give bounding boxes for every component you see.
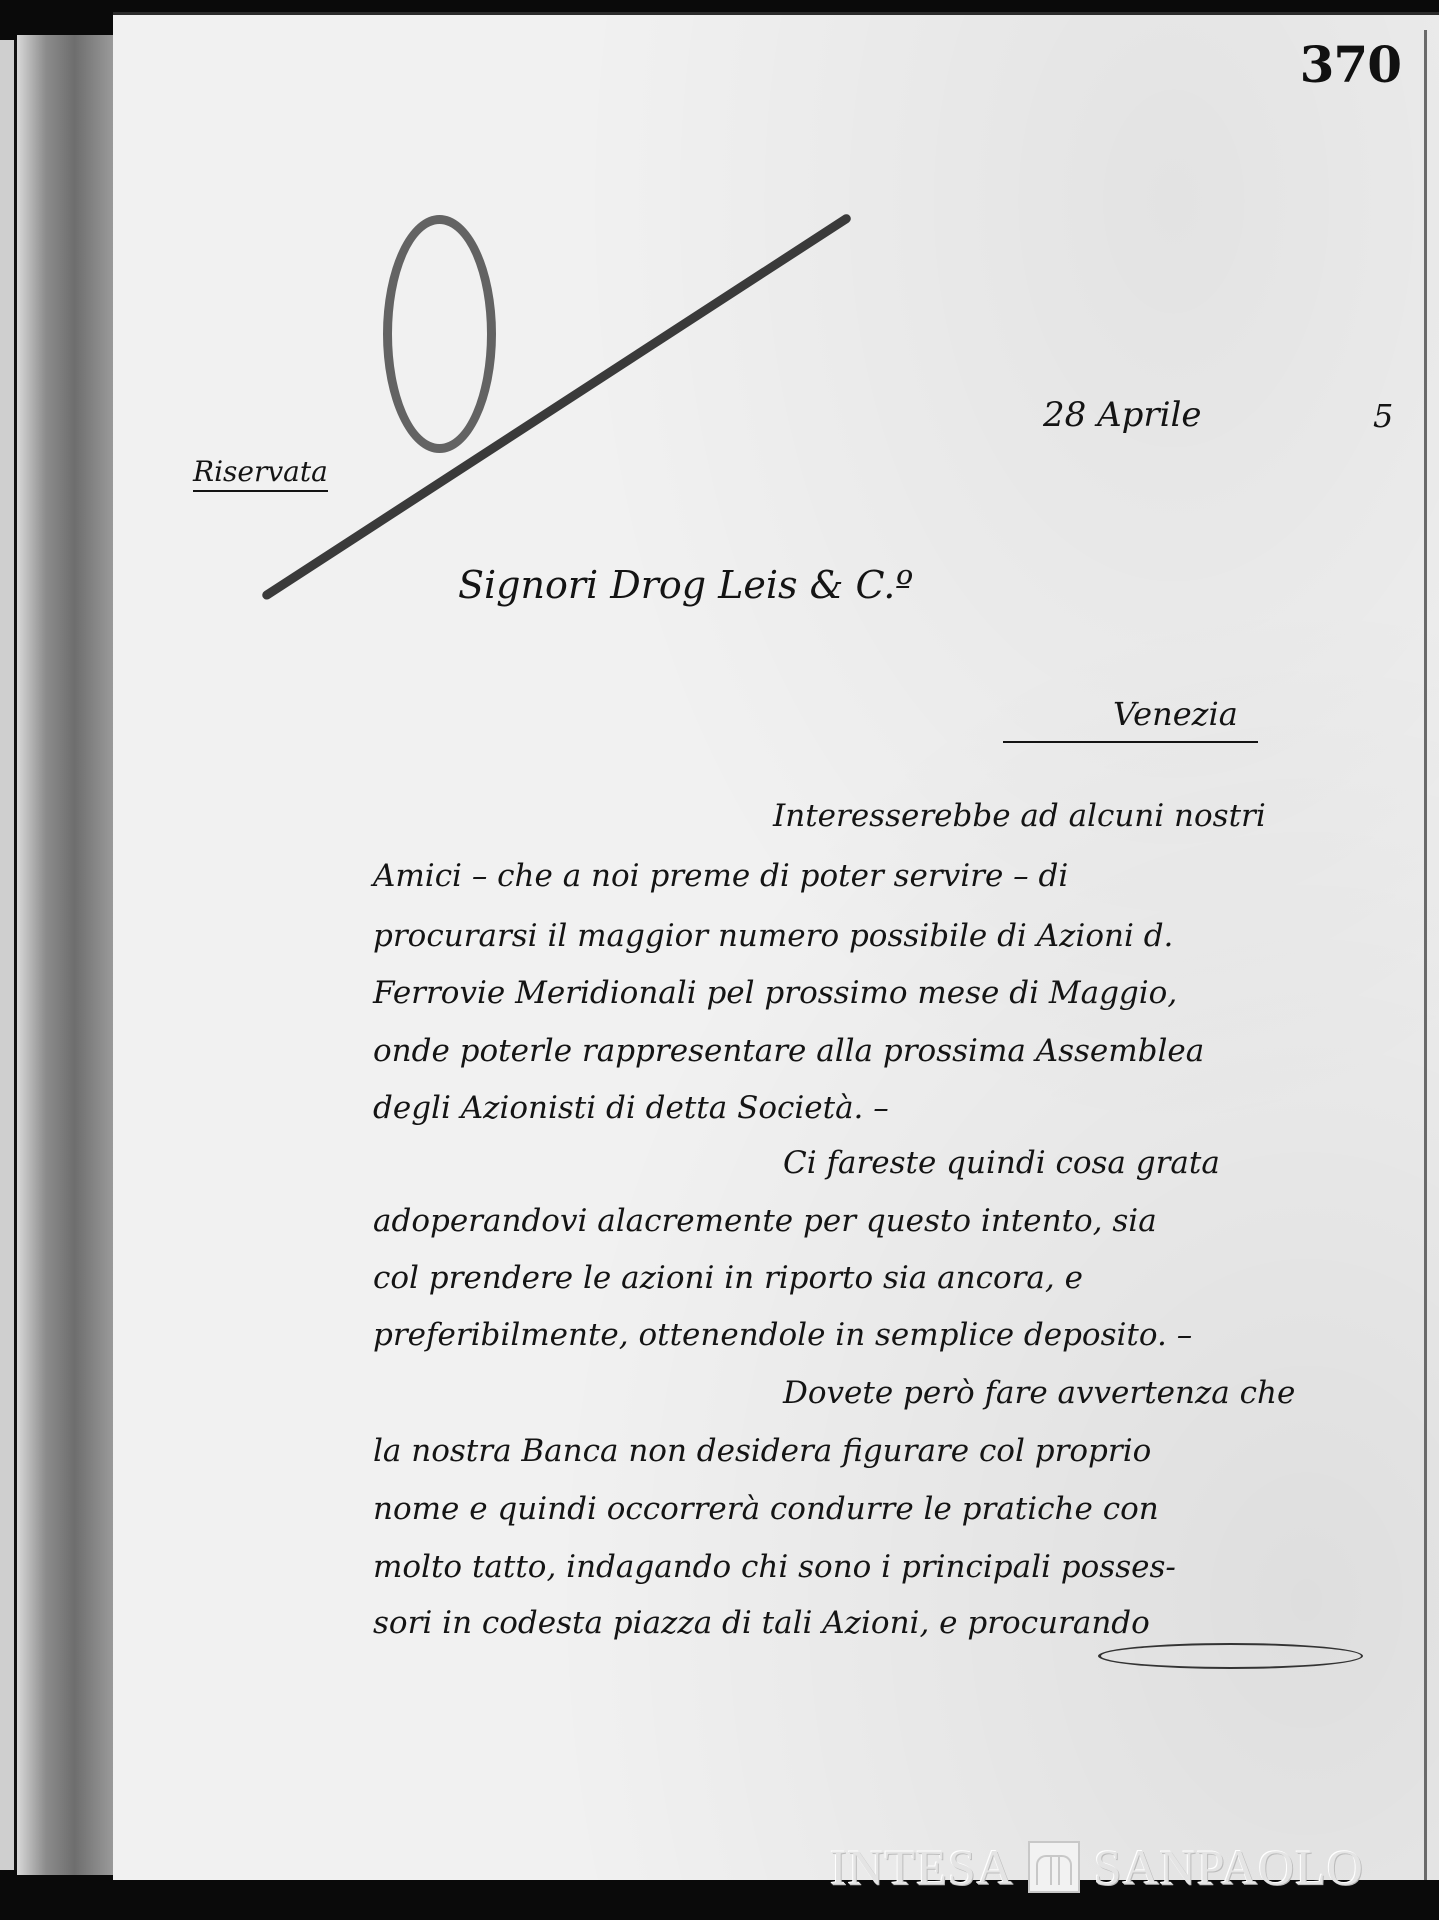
letter-date: 28 Aprile [1043,395,1202,435]
body-line: sori in codesta piazza di tali Azioni, e… [373,1605,1150,1641]
body-line: col prendere le azioni in riporto sia an… [373,1260,1083,1296]
body-line: nome e quindi occorrerà condurre le prat… [373,1491,1159,1527]
body-line: Amici – che a noi preme di poter servire… [373,858,1068,894]
letter-page: 370 Riservata 28 Aprile 5 Signori Drog L… [113,12,1439,1880]
city: Venezia [1003,695,1258,743]
intesa-sanpaolo-watermark: INTESA SANPAOLO [830,1838,1364,1896]
page-number: 370 [1300,35,1401,94]
body-line: molto tatto, indagando chi sono i princi… [373,1549,1176,1585]
pencil-slash-mark [261,212,853,601]
date-suffix: 5 [1373,397,1393,435]
body-line: la nostra Banca non desidera figurare co… [373,1433,1151,1469]
body-line: onde poterle rappresentare alla prossima… [373,1033,1204,1069]
signature-flourish [1098,1643,1363,1669]
watermark-left-text: INTESA [830,1838,1014,1896]
body-line: Ferrovie Meridionali pel prossimo mese d… [373,975,1177,1011]
bank-arches-logo-icon [1028,1841,1080,1893]
binding-shadow [17,35,113,1875]
body-line: adoperandovi alacremente per questo inte… [373,1203,1157,1239]
binding-edge [0,40,14,1870]
body-line: degli Azionisti di detta Società. – [373,1090,889,1126]
page-edge [1424,30,1427,1880]
body-line: Ci fareste quindi cosa grata [783,1145,1220,1181]
body-line: Interesserebbe ad alcuni nostri [773,798,1266,834]
body-line: procurarsi il maggior numero possibile d… [373,918,1173,954]
reserved-label: Riservata [193,455,328,492]
watermark-right-text: SANPAOLO [1094,1838,1364,1896]
addressee: Signori Drog Leis & C.º [458,563,913,607]
body-line: Dovete però fare avvertenza che [783,1375,1295,1411]
pencil-zero-mark [383,215,496,453]
body-line: preferibilmente, ottenendole in semplice… [373,1317,1192,1353]
